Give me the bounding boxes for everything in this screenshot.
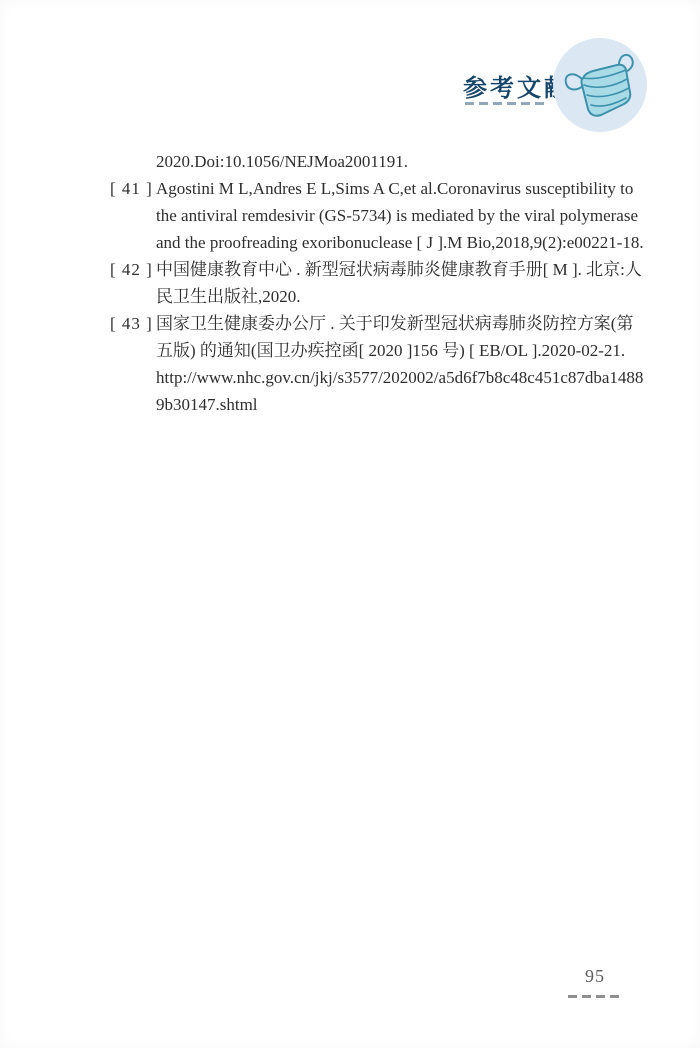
reference-line: the antiviral remdesivir (GS-5734) is me… <box>156 202 635 229</box>
reference-marker: [ 43 ] <box>110 310 153 337</box>
reference-line: 9b30147.shtml <box>156 391 635 418</box>
reference-text: 中国健康教育中心 . 新型冠状病毒肺炎健康教育手册[ M ]. 北京:人民卫生出… <box>156 256 635 310</box>
reference-line: 中国健康教育中心 . 新型冠状病毒肺炎健康教育手册[ M ]. 北京:人 <box>156 256 635 283</box>
reference-marker: [ 41 ] <box>110 175 153 202</box>
reference-line: http://www.nhc.gov.cn/jkj/s3577/202002/a… <box>156 364 635 391</box>
reference-line: 五版) 的通知(国卫办疾控函[ 2020 ]156 号) [ EB/OL ].2… <box>156 337 635 364</box>
reference-line: 民卫生出版社,2020. <box>156 283 635 310</box>
reference-list: 2020.Doi:10.1056/NEJMoa2001191. [ 41 ] A… <box>110 148 635 418</box>
reference-entry: [ 43 ] 国家卫生健康委办公厅 . 关于印发新型冠状病毒肺炎防控方案(第五版… <box>110 310 635 418</box>
reference-entry: [ 41 ] Agostini M L,Andres E L,Sims A C,… <box>110 175 635 256</box>
reference-text: Agostini M L,Andres E L,Sims A C,et al.C… <box>156 175 635 256</box>
page-header: 参考文献 <box>0 38 700 133</box>
reference-entry: [ 42 ] 中国健康教育中心 . 新型冠状病毒肺炎健康教育手册[ M ]. 北… <box>110 256 635 310</box>
footer-dashed-rule <box>568 995 622 998</box>
page-number: 95 <box>555 966 635 987</box>
page-footer: 95 <box>555 966 635 998</box>
reference-text: 国家卫生健康委办公厅 . 关于印发新型冠状病毒肺炎防控方案(第五版) 的通知(国… <box>156 310 635 418</box>
reference-line: 国家卫生健康委办公厅 . 关于印发新型冠状病毒肺炎防控方案(第 <box>156 310 635 337</box>
reference-line: and the proofreading exoribonuclease [ J… <box>156 229 635 256</box>
heading-dashed-underline <box>465 102 547 105</box>
reference-entry: 2020.Doi:10.1056/NEJMoa2001191. <box>110 148 635 175</box>
reference-text: 2020.Doi:10.1056/NEJMoa2001191. <box>156 148 635 175</box>
book-page: 参考文献 2020.Doi:10.1056/NEJMoa2001191. <box>0 0 700 1048</box>
reference-line: Agostini M L,Andres E L,Sims A C,et al.C… <box>156 175 635 202</box>
reference-line: 2020.Doi:10.1056/NEJMoa2001191. <box>156 148 635 175</box>
face-mask-icon <box>553 38 647 132</box>
reference-marker: [ 42 ] <box>110 256 153 283</box>
